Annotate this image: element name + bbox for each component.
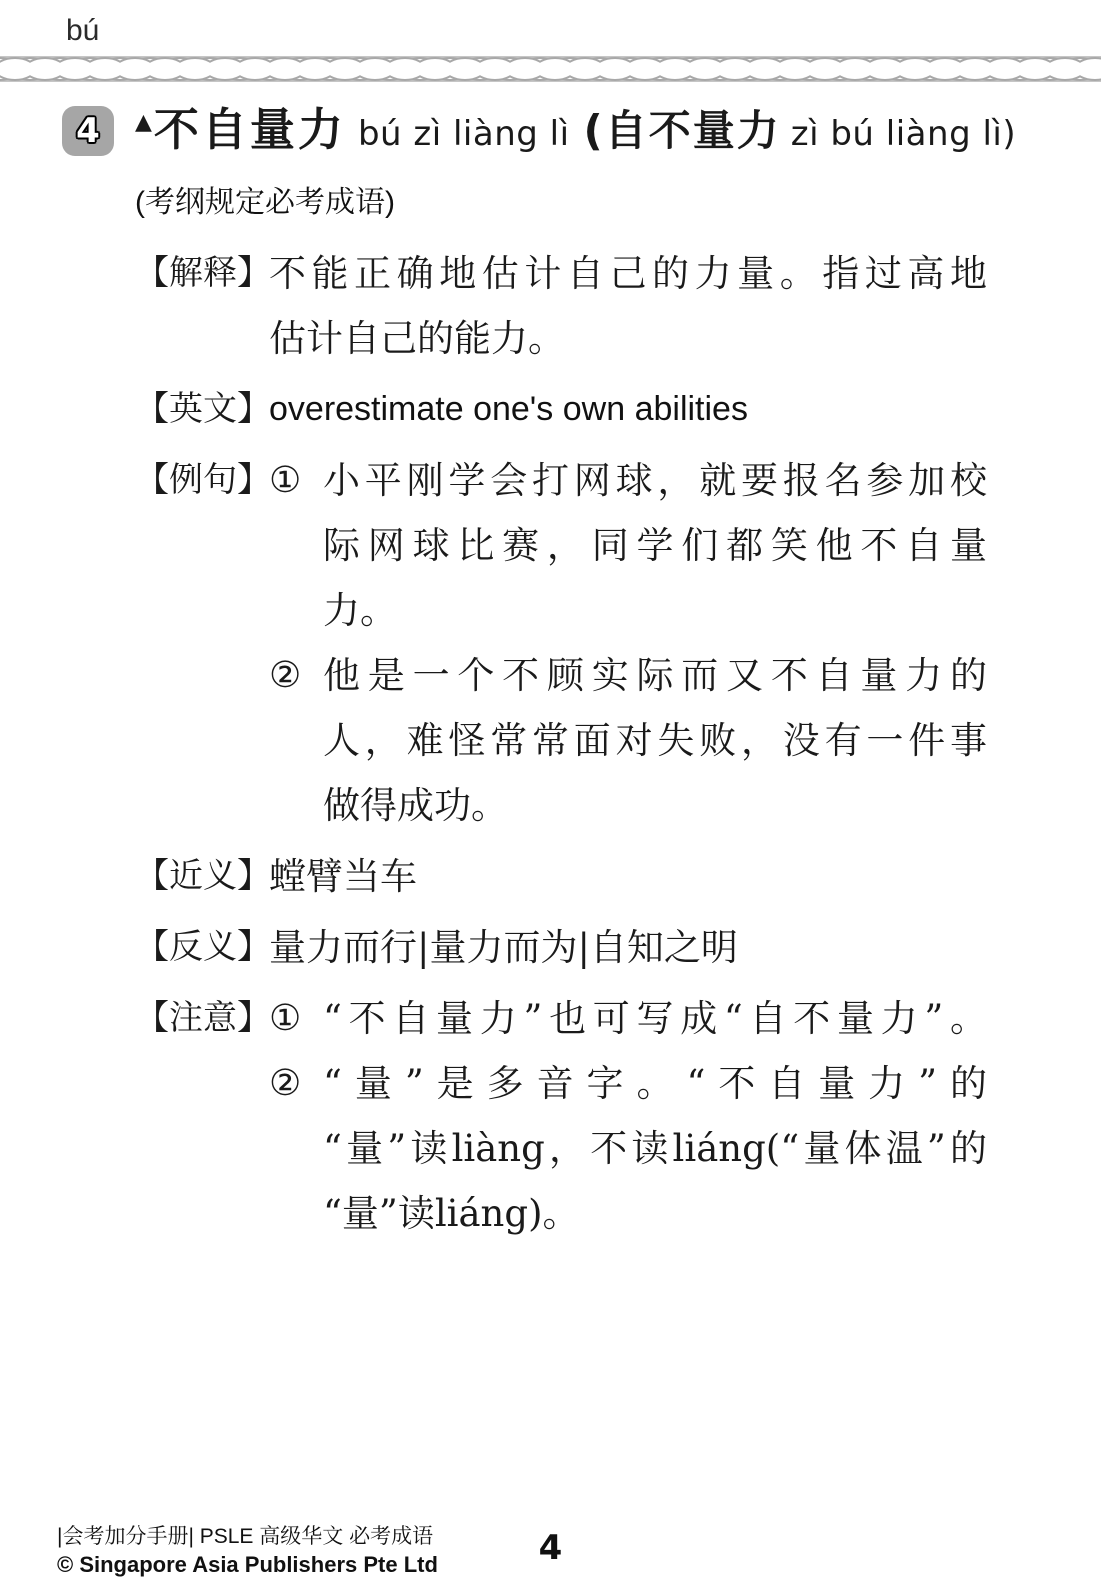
entry-number-badge: 4: [62, 106, 114, 156]
chain-border-pattern: [0, 56, 1101, 82]
section-label-english: 【英文】: [135, 377, 269, 442]
section-examples: 【例句】 ① 小平刚学会打网球，就要报名参加校 际网球比赛，同学们都笑他不自量 …: [135, 448, 987, 838]
example-number-1: ①: [269, 448, 323, 643]
note-line: “量”读liáng)。: [323, 1181, 987, 1246]
note-number-2: ②: [269, 1051, 323, 1246]
section-label-examples: 【例句】: [135, 448, 269, 838]
book-page: bú 4 ▲不自量力bú zì liàng lì(自不量力zì bú liàng…: [0, 0, 1101, 1586]
example-number-2: ②: [269, 643, 323, 838]
example-line: 人，难怪常常面对失败，没有一件事: [323, 708, 987, 773]
example-item-1: ① 小平刚学会打网球，就要报名参加校 际网球比赛，同学们都笑他不自量 力。: [269, 448, 987, 643]
definition-line: 估计自己的能力。: [269, 306, 987, 371]
english-gloss: overestimate one's own abilities: [269, 377, 987, 442]
section-antonym: 【反义】 量力而行|量力而为|自知之明: [135, 915, 987, 980]
entry-headline: ▲不自量力bú zì liàng lì(自不量力zì bú liàng lì): [135, 98, 1016, 171]
running-head: bú: [0, 0, 1101, 56]
note-number-1: ①: [269, 986, 323, 1051]
antonym-text: 量力而行|量力而为|自知之明: [269, 915, 987, 980]
page-number: 4: [539, 1528, 563, 1568]
example-item-2: ② 他是一个不顾实际而又不自量力的 人，难怪常常面对失败，没有一件事 做得成功。: [269, 643, 987, 838]
entry-header: 4 ▲不自量力bú zì liàng lì(自不量力zì bú liàng lì…: [62, 98, 1101, 171]
section-notes: 【注意】 ① “不自量力”也可写成“自不量力”。 ② “量”是多音字。“不自量力…: [135, 986, 987, 1246]
page-footer: |会考加分手册| PSLE 高级华文 必考成语 © Singapore Asia…: [57, 1520, 438, 1578]
idiom-pinyin: bú zì liàng lì: [358, 114, 570, 154]
alt-idiom-title: (自不量力: [584, 106, 781, 155]
footer-series-title: |会考加分手册| PSLE 高级华文 必考成语: [57, 1520, 438, 1550]
section-english: 【英文】 overestimate one's own abilities: [135, 377, 987, 442]
example-line: 际网球比赛，同学们都笑他不自量: [323, 513, 987, 578]
section-label-synonym: 【近义】: [135, 844, 269, 909]
section-definition: 【解释】 不能正确地估计自己的力量。指过高地 估计自己的能力。: [135, 241, 987, 371]
synonym-text: 螳臂当车: [269, 844, 987, 909]
entry-subtitle: (考纲规定必考成语): [135, 177, 1101, 221]
example-line: 小平刚学会打网球，就要报名参加校: [323, 448, 987, 513]
idiom-title: 不自量力: [154, 103, 346, 156]
section-label-notes: 【注意】: [135, 986, 269, 1246]
alt-idiom-pinyin: zì bú liàng lì): [791, 114, 1016, 154]
footer-copyright: © Singapore Asia Publishers Pte Ltd: [57, 1552, 438, 1578]
note-item-2: ② “量”是多音字。“不自量力”的 “量”读liàng，不读liáng(“量体温…: [269, 1051, 987, 1246]
note-line: “量”读liàng，不读liáng(“量体温”的: [323, 1116, 987, 1181]
note-line: “量”是多音字。“不自量力”的: [323, 1051, 987, 1116]
entry-sections: 【解释】 不能正确地估计自己的力量。指过高地 估计自己的能力。 【英文】 ove…: [0, 241, 1101, 1246]
section-label-definition: 【解释】: [135, 241, 269, 371]
key-idiom-triangle-icon: ▲: [135, 110, 152, 135]
note-item-1: ① “不自量力”也可写成“自不量力”。: [269, 986, 987, 1051]
example-line: 做得成功。: [323, 773, 987, 838]
definition-line: 不能正确地估计自己的力量。指过高地: [269, 241, 987, 306]
example-line: 力。: [323, 578, 987, 643]
section-synonym: 【近义】 螳臂当车: [135, 844, 987, 909]
section-label-antonym: 【反义】: [135, 915, 269, 980]
note-line: “不自量力”也可写成“自不量力”。: [323, 986, 987, 1051]
example-line: 他是一个不顾实际而又不自量力的: [323, 643, 987, 708]
